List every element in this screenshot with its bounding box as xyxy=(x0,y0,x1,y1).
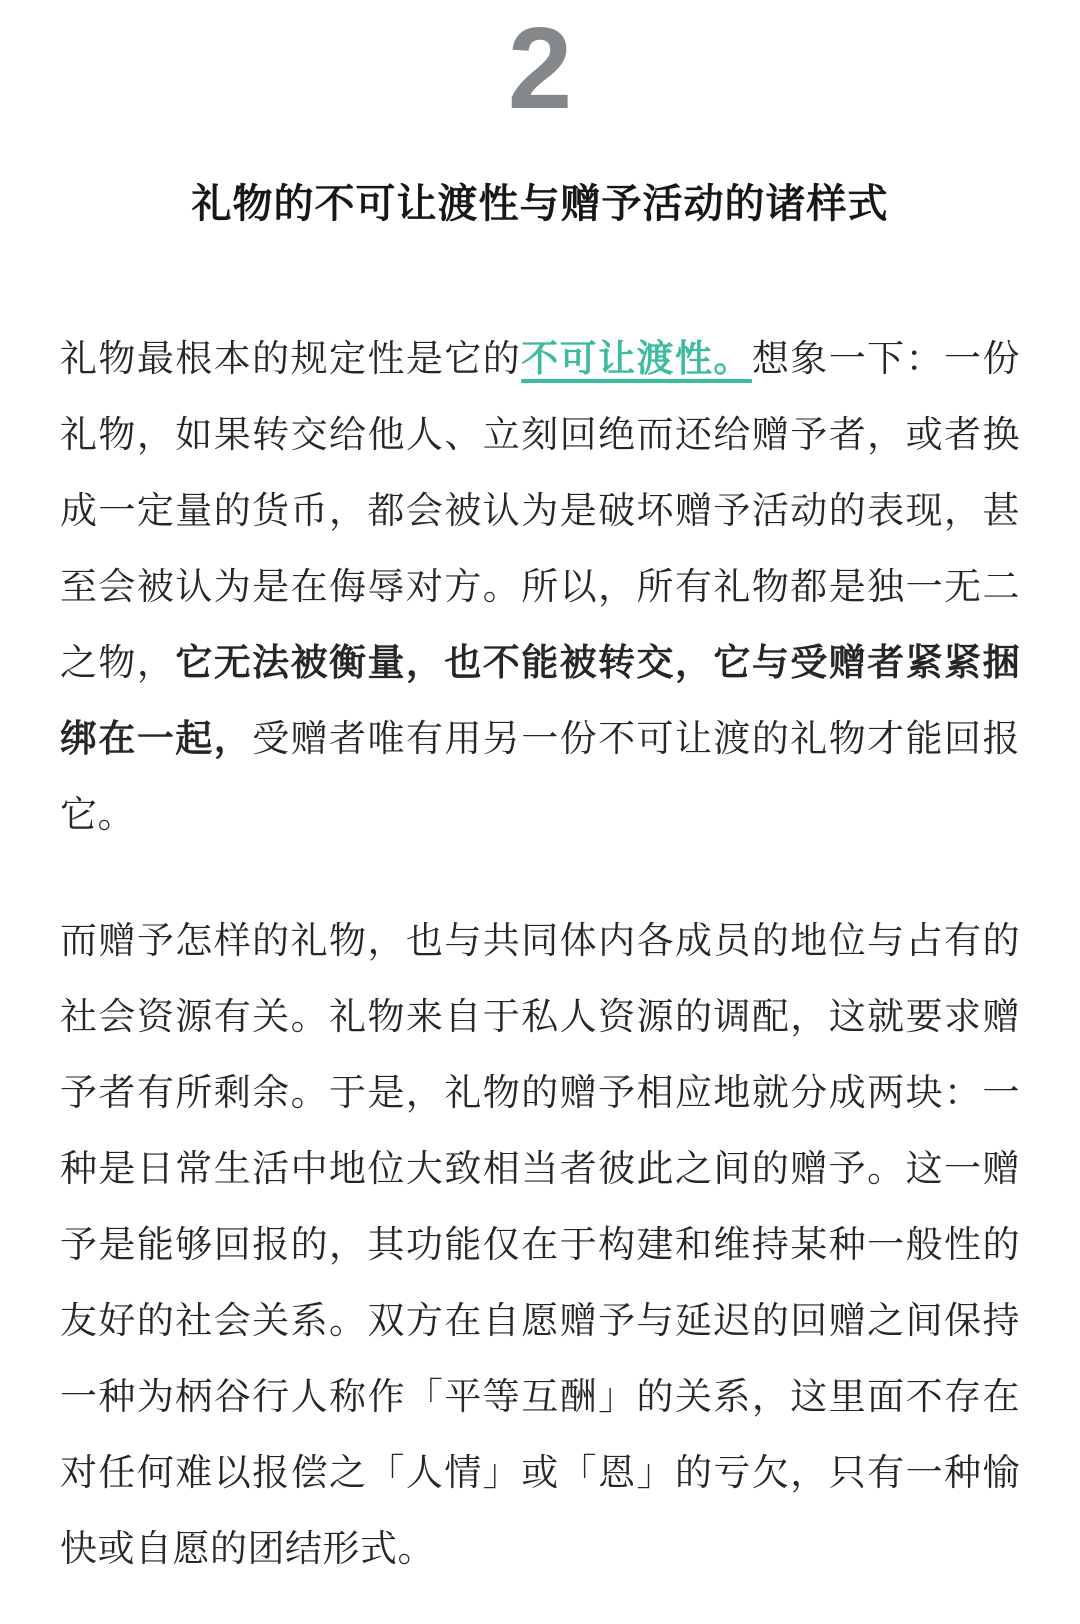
body-text: 礼物最根本的规定性是它的不可让渡性。想象一下：一份礼物，如果转交给他人、立刻回绝… xyxy=(60,321,1020,1587)
chapter-title: 礼物的不可让渡性与赠予活动的诸样式 xyxy=(60,172,1020,229)
paragraph-gift-inalienability: 礼物最根本的规定性是它的不可让渡性。想象一下：一份礼物，如果转交给他人、立刻回绝… xyxy=(60,321,1020,853)
chapter-number: 2 xyxy=(60,0,1020,130)
text-segment-highlight: 不可让渡性。 xyxy=(521,338,752,379)
document-page: 2 礼物的不可让渡性与赠予活动的诸样式 礼物最根本的规定性是它的不可让渡性。想象… xyxy=(0,0,1080,1624)
text-segment-normal: 而赠予怎样的礼物，也与共同体内各成员的地位与占有的社会资源有关。礼物来自于私人资… xyxy=(60,920,1020,1569)
text-segment-normal: 想象一下：一份礼物，如果转交给他人、立刻回绝而还给赠予者，或者换成一定量的货币，… xyxy=(60,338,1020,683)
text-segment-normal: 礼物最根本的规定性是它的 xyxy=(60,338,521,379)
paragraph-gift-giving-modes: 而赠予怎样的礼物，也与共同体内各成员的地位与占有的社会资源有关。礼物来自于私人资… xyxy=(60,903,1020,1587)
